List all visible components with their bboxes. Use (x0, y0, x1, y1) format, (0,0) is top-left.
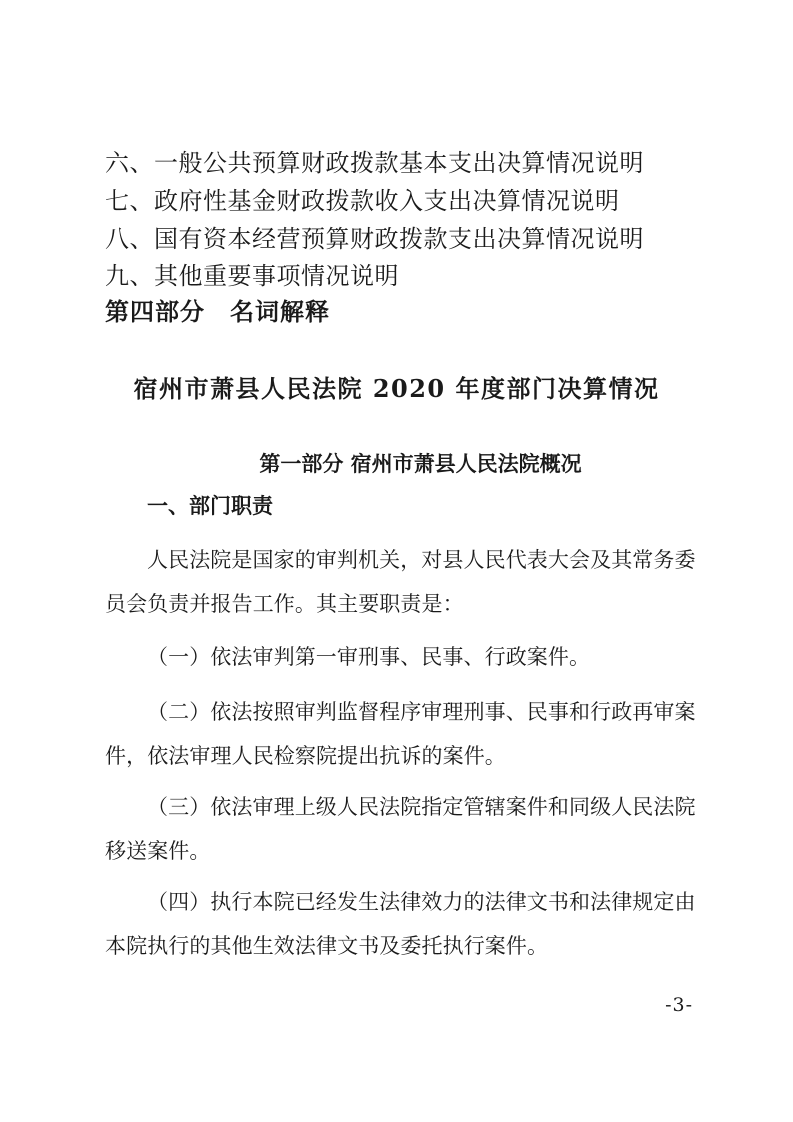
toc-item: 六、一般公共预算财政拨款基本支出决算情况说明 (105, 150, 644, 178)
paragraph-line: （四）执行本院已经发生法律效力的法律文书和法律规定由 (147, 890, 696, 914)
section-heading: 第一部分 宿州市萧县人民法院概况 (24, 448, 793, 478)
toc-part4-heading: 第四部分 名词解释 (105, 298, 330, 326)
subsection-heading: 一、部门职责 (147, 490, 273, 520)
paragraph-line: （二）依法按照审判监督程序审理刑事、民事和行政再审案 (147, 700, 696, 724)
paragraph-line: 本院执行的其他生效法律文书及委托执行案件。 (105, 934, 548, 958)
document-page: 六、一般公共预算财政拨款基本支出决算情况说明 七、政府性基金财政拨款收入支出决算… (0, 0, 793, 1122)
paragraph-line: 移送案件。 (105, 839, 211, 863)
toc-item: 九、其他重要事项情况说明 (105, 263, 399, 291)
toc-item: 七、政府性基金财政拨款收入支出决算情况说明 (105, 188, 620, 216)
paragraph-line: 件，依法审理人民检察院提出抗诉的案件。 (105, 744, 506, 768)
page-number: -3- (665, 994, 693, 1016)
document-title: 宿州市萧县人民法院 2020 年度部门决算情况 (0, 369, 793, 404)
paragraph-line: （三）依法审理上级人民法院指定管辖案件和同级人民法院 (147, 795, 696, 819)
paragraph-line: （一）依法审判第一审刑事、民事、行政案件。 (147, 645, 590, 669)
paragraph-line: 员会负责并报告工作。其主要职责是： (105, 592, 464, 616)
paragraph-line: 人民法院是国家的审判机关，对县人民代表大会及其常务委 (147, 548, 696, 572)
toc-item: 八、国有资本经营预算财政拨款支出决算情况说明 (105, 226, 644, 254)
